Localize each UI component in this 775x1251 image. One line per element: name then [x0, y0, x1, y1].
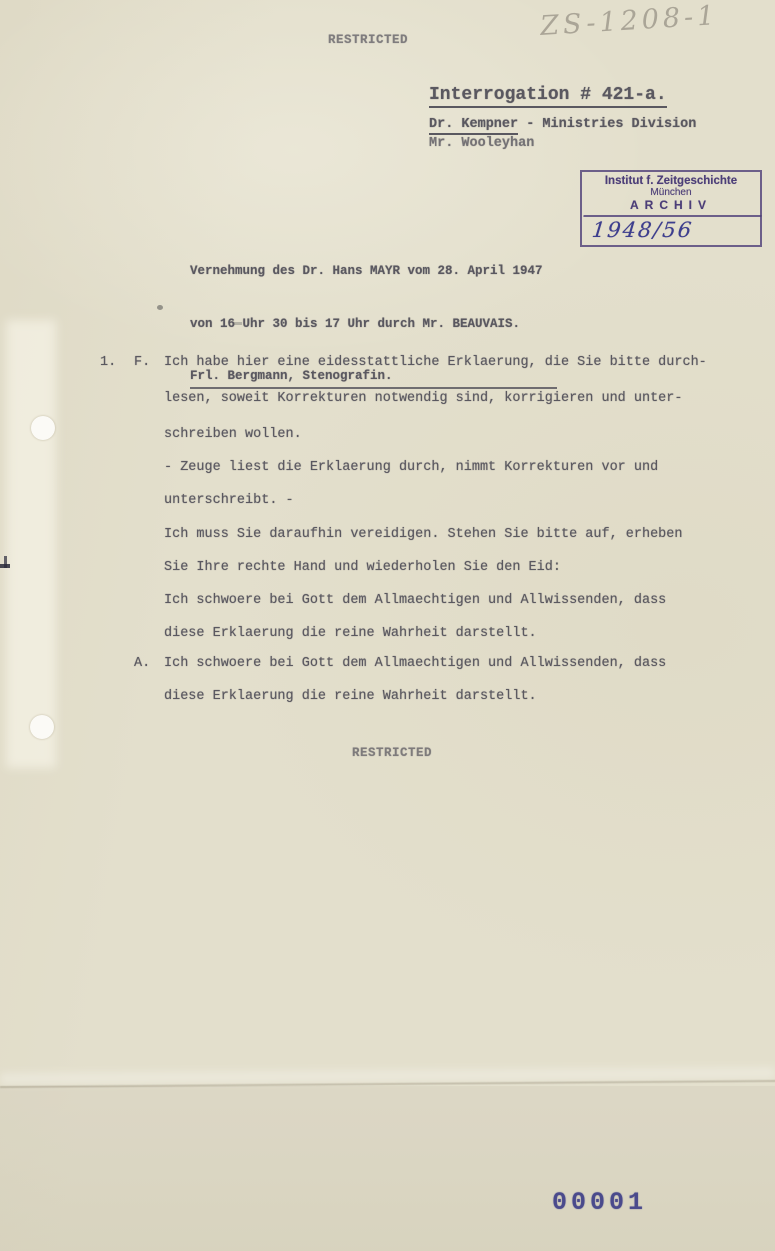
paper-binding-strip [6, 320, 56, 768]
classification-marking-middle: RESTRICTED [352, 746, 432, 760]
transcript-line: diese Erklaerung die reine Wahrheit dars… [100, 626, 537, 641]
line-text: Sie Ihre rechte Hand und wiederholen Sie… [164, 560, 561, 575]
line-text: schreiben wollen. [164, 427, 302, 442]
line-number: 1. [100, 355, 134, 370]
paper-speck [157, 305, 163, 310]
transcript-line: A.Ich schwoere bei Gott dem Allmaechtige… [100, 656, 666, 671]
paper-fold-shadow [0, 1086, 775, 1251]
transcript-line: unterschreibt. - [100, 493, 294, 508]
transcript-line: Sie Ihre rechte Hand und wiederholen Sie… [100, 560, 561, 575]
transcript-line: diese Erklaerung die reine Wahrheit dars… [100, 689, 537, 704]
transcript-line: Ich muss Sie daraufhin vereidigen. Stehe… [100, 527, 682, 542]
line-text: lesen, soweit Korrekturen notwendig sind… [164, 391, 682, 406]
punch-hole-top [31, 416, 55, 440]
margin-ink-mark [4, 556, 7, 568]
pencil-reference-number: ZS-1208-1 [539, 0, 770, 42]
interrogator-name: Dr. Kempner [429, 117, 518, 135]
transcript-line: lesen, soweit Korrekturen notwendig sind… [100, 391, 682, 406]
line-text: Ich schwoere bei Gott dem Allmaechtigen … [164, 656, 666, 671]
line-text: unterschreibt. - [164, 493, 294, 508]
second-interrogator-name: Mr. Wooleyhan [429, 136, 534, 151]
session-note-line2: von 16 Uhr 30 bis 17 Uhr durch Mr. BEAUV… [190, 316, 557, 334]
line-text: Ich muss Sie daraufhin vereidigen. Stehe… [164, 527, 682, 542]
interrogator-division: - Ministries Division [518, 117, 696, 132]
classification-marking-top: RESTRICTED [328, 33, 408, 47]
stenographer-name: Frl. Bergmann, Stenografin. [190, 368, 557, 389]
archive-stamp: Institut f. Zeitgeschichte München ARCHI… [580, 170, 762, 247]
transcript-line: 1.F.Ich habe hier eine eidesstattliche E… [100, 355, 707, 370]
archive-stamp-city: München [582, 187, 760, 198]
line-text: Ich habe hier eine eidesstattliche Erkla… [164, 355, 707, 370]
interrogation-title-text: Interrogation # 421-a. [429, 85, 667, 108]
punch-hole-bottom [30, 715, 54, 739]
transcript-line: schreiben wollen. [100, 427, 302, 442]
line-text: - Zeuge liest die Erklaerung durch, nimm… [164, 460, 658, 475]
line-text: Ich schwoere bei Gott dem Allmaechtigen … [164, 593, 666, 608]
scanned-document-page: RESTRICTED ZS-1208-1 Interrogation # 421… [0, 0, 775, 1251]
speaker-letter: F. [134, 355, 164, 370]
archive-stamp-archiv: ARCHIV [582, 198, 760, 215]
archive-stamp-institute: Institut f. Zeitgeschichte [582, 172, 760, 187]
session-note-line1: Vernehmung des Dr. Hans MAYR vom 28. Apr… [190, 263, 557, 281]
transcript-line: Ich schwoere bei Gott dem Allmaechtigen … [100, 593, 666, 608]
page-number-stamp: 00001 [552, 1188, 647, 1217]
transcript-line: - Zeuge liest die Erklaerung durch, nimm… [100, 460, 658, 475]
interrogator-line: Dr. Kempner - Ministries Division [429, 117, 696, 132]
session-note-line3: Frl. Bergmann, Stenografin. [190, 368, 557, 389]
line-text: diese Erklaerung die reine Wahrheit dars… [164, 689, 537, 704]
interrogation-title: Interrogation # 421-a. [429, 85, 667, 105]
archive-stamp-handwritten-number: 1948/56 [580, 215, 761, 245]
speaker-letter: A. [134, 656, 164, 671]
line-text: diese Erklaerung die reine Wahrheit dars… [164, 626, 537, 641]
